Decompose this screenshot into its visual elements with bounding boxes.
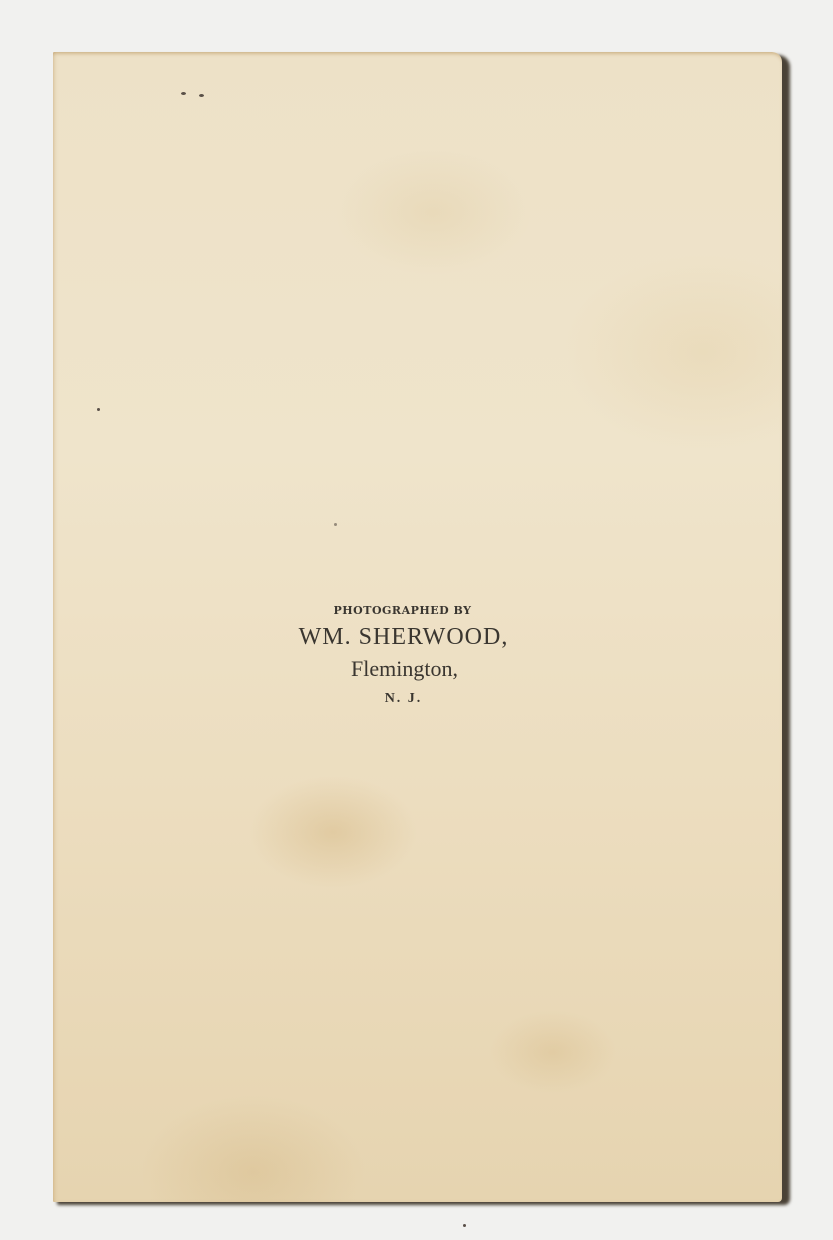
imprint-photographed-by: PHOTOGRAPHED BY bbox=[23, 602, 782, 620]
speck bbox=[181, 92, 186, 95]
imprint-state: N. J. bbox=[25, 686, 782, 712]
photographer-imprint: PHOTOGRAPHED BY WM. SHERWOOD, Flemington… bbox=[53, 602, 782, 712]
speck bbox=[97, 408, 100, 411]
photograph-card-back: PHOTOGRAPHED BY WM. SHERWOOD, Flemington… bbox=[53, 52, 782, 1202]
speck bbox=[334, 523, 337, 526]
speck bbox=[199, 94, 204, 97]
imprint-city: Flemington, bbox=[27, 654, 782, 684]
imprint-photographer-name: WM. SHERWOOD, bbox=[25, 622, 782, 652]
speck bbox=[463, 1224, 466, 1227]
